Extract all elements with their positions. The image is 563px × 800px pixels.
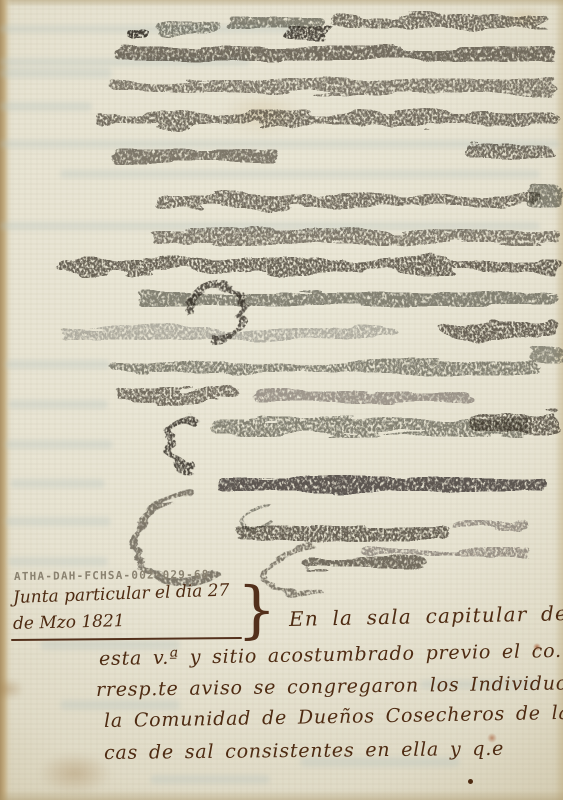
ink-offset-band bbox=[528, 182, 562, 206]
bleedthrough-stripe bbox=[5, 360, 110, 369]
ink-offset-band bbox=[438, 321, 558, 338]
bleedthrough-stripe bbox=[10, 479, 105, 488]
ink-offset-band bbox=[468, 144, 553, 158]
bleedthrough-stripe bbox=[150, 775, 270, 784]
ink-offset-band bbox=[155, 193, 540, 207]
ink-offset-band bbox=[58, 258, 558, 272]
bleedthrough-marks bbox=[0, 25, 560, 784]
ink-offset-flourishes bbox=[125, 278, 361, 599]
bleedthrough-stripe bbox=[60, 170, 540, 178]
bleedthrough-stripe bbox=[8, 400, 108, 409]
bleedthrough-stripe bbox=[0, 68, 112, 78]
ink-offset-band bbox=[150, 230, 560, 244]
body-text-line: cas de sal consistentes en ella y q.e bbox=[104, 738, 504, 764]
ink-offset-band bbox=[530, 345, 563, 363]
archive-reference-stamp: ATHA-DAH-FCHSA-002-029-68 bbox=[14, 568, 210, 583]
ink-offset-band bbox=[108, 362, 542, 374]
margin-note-brace: } bbox=[237, 585, 276, 636]
ink-offset-band bbox=[116, 47, 556, 60]
ink-offset-band bbox=[474, 414, 560, 432]
ink-offset-bands bbox=[58, 15, 563, 570]
ink-dot bbox=[468, 779, 473, 784]
bleedthrough-stripe bbox=[5, 440, 113, 449]
ink-offset-band bbox=[255, 392, 470, 404]
ink-offset-band bbox=[452, 520, 528, 529]
bleedthrough-stripe bbox=[0, 102, 92, 111]
ink-offset-band bbox=[236, 527, 452, 540]
bleedthrough-stripe bbox=[0, 222, 540, 230]
ink-offset-band bbox=[218, 477, 544, 492]
bleedthrough-stripe bbox=[5, 517, 111, 526]
ink-offset-flourish bbox=[166, 417, 211, 472]
ink-offset-band bbox=[285, 24, 330, 38]
ink-offset-band bbox=[96, 112, 558, 126]
manuscript-page: ATHA-DAH-FCHSA-002-029-68 Junta particul… bbox=[0, 0, 563, 800]
margin-note-line2: de Mzo 1821 bbox=[13, 611, 125, 634]
ink-offset-band bbox=[112, 150, 277, 162]
ink-offset-band bbox=[125, 26, 150, 39]
ink-offset-band bbox=[362, 548, 530, 556]
bleedthrough-stripe bbox=[8, 557, 108, 566]
ink-offset-band bbox=[300, 557, 425, 570]
ink-offset-band bbox=[332, 15, 550, 28]
ink-offset-band bbox=[118, 388, 240, 402]
ink-offset-band bbox=[108, 80, 556, 93]
ink-offset-band bbox=[140, 292, 558, 305]
ink-offset-band bbox=[158, 21, 220, 33]
